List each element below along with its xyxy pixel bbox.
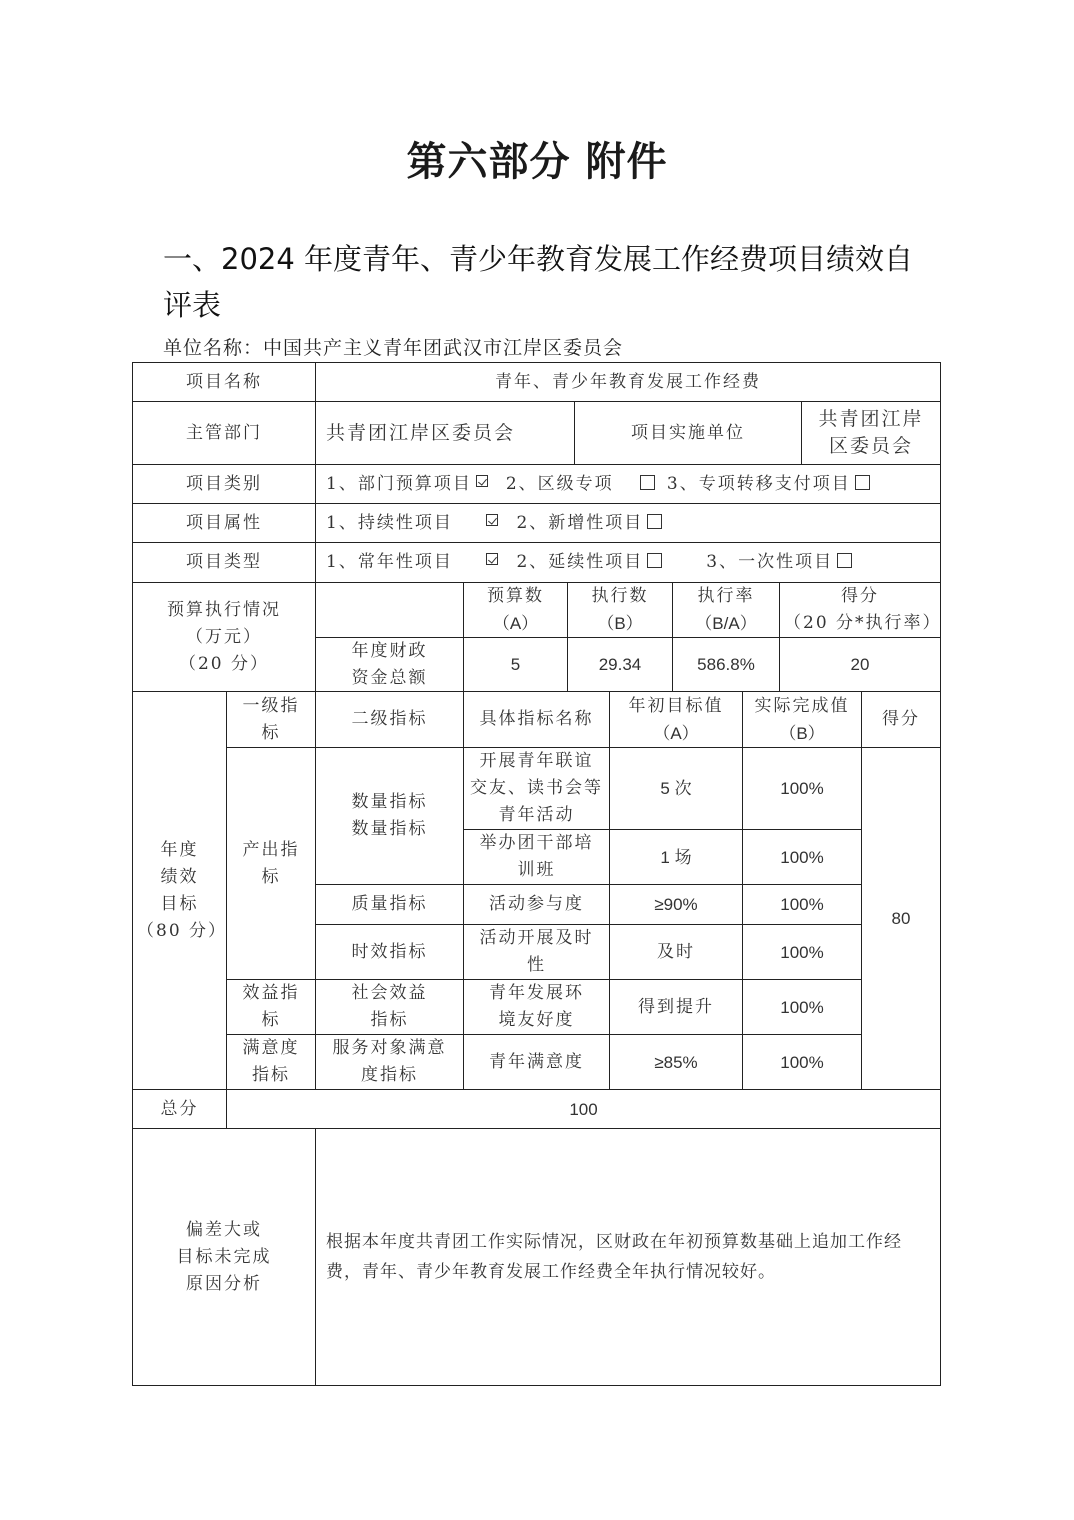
header-target: 年初目标值 （A） [609, 691, 743, 748]
timeliness-indicator-label: 时效指标 [315, 924, 464, 980]
attribute-label: 项目属性 [132, 503, 316, 543]
header-actual: 实际完成值 （B） [742, 691, 862, 748]
budget-header-b: 执行数 （B） [567, 582, 673, 638]
dept-label: 主管部门 [132, 401, 316, 465]
budget-section-label: 预算执行情况 （万元） （20 分） [132, 582, 316, 692]
service-satisfaction-label: 服务对象满意 度指标 [315, 1034, 464, 1090]
budget-header-rate: 执行率 （B/A） [672, 582, 780, 638]
header-score: 得分 [861, 691, 941, 748]
performance-table: 项目名称 青年、青少年教育发展工作经费 主管部门 共青团江岸区委员会 项目实施单… [133, 363, 941, 1386]
checkbox-unchecked-icon[interactable] [855, 475, 870, 490]
indicator-target: 得到提升 [609, 979, 743, 1035]
checkbox-unchecked-icon[interactable] [647, 553, 662, 568]
quantity-indicator-label: 数量指标 数量指标 [315, 747, 464, 885]
social-benefit-label: 社会效益 指标 [315, 979, 464, 1035]
checkbox-unchecked-icon[interactable] [647, 514, 662, 529]
indicator-target: ≥90% [609, 884, 743, 925]
project-name-label: 项目名称 [132, 362, 316, 402]
project-name-value: 青年、青少年教育发展工作经费 [315, 362, 941, 402]
category-label: 项目类别 [132, 464, 316, 504]
indicator-actual: 100% [742, 979, 862, 1035]
perf-section-label: 年度 绩效 目标 （80 分） [132, 691, 227, 1090]
attribute-option-2[interactable]: 2、新增性项目 [516, 510, 666, 537]
category-option-1[interactable]: 1、部门预算项目 [326, 471, 492, 498]
type-label: 项目类型 [132, 542, 316, 583]
total-value: 100 [226, 1089, 941, 1129]
perf-score-value: 80 [861, 747, 941, 1090]
header-level1: 一级指 标 [226, 691, 316, 748]
indicator-target: 及时 [609, 924, 743, 980]
category-option-2[interactable]: 2、区级专项 [506, 471, 659, 498]
budget-header-blank [315, 582, 464, 638]
checkbox-checked-icon[interactable] [486, 553, 498, 565]
type-options: 1、常年性项目 2、延续性项目 3、一次性项目 [315, 542, 941, 583]
benefit-indicator-label: 效益指 标 [226, 979, 316, 1035]
header-indicator-name: 具体指标名称 [463, 691, 610, 748]
exec-rate-value: 586.8% [672, 637, 780, 692]
checkbox-checked-icon[interactable] [486, 514, 498, 526]
indicator-actual: 100% [742, 924, 862, 980]
budget-score-value: 20 [779, 637, 941, 692]
analysis-text: 根据本年度共青团工作实际情况，区财政在年初预算数基础上追加工作经费，青年、青少年… [315, 1128, 941, 1386]
page-title: 第六部分 附件 [0, 130, 1074, 187]
satisfaction-indicator-label: 满意度 指标 [226, 1034, 316, 1090]
attribute-option-1[interactable]: 1、持续性项目 [326, 510, 502, 537]
indicator-actual: 100% [742, 747, 862, 830]
impl-unit-label: 项目实施单位 [574, 401, 802, 465]
budget-header-score: 得分 （20 分*执行率） [779, 582, 941, 638]
quality-indicator-label: 质量指标 [315, 884, 464, 925]
budget-row-label: 年度财政 资金总额 [315, 637, 464, 692]
table-title: 一、2024 年度青年、青少年教育发展工作经费项目绩效自评表 [163, 236, 933, 328]
header-level2: 二级指标 [315, 691, 464, 748]
indicator-name: 活动参与度 [463, 884, 610, 925]
indicator-actual: 100% [742, 829, 862, 885]
indicator-actual: 100% [742, 1034, 862, 1090]
indicator-target: 5 次 [609, 747, 743, 830]
budget-a-value: 5 [463, 637, 568, 692]
indicator-name: 开展青年联谊 交友、读书会等 青年活动 [463, 747, 610, 830]
indicator-name: 青年发展环 境友好度 [463, 979, 610, 1035]
indicator-target: ≥85% [609, 1034, 743, 1090]
indicator-actual: 100% [742, 884, 862, 925]
category-option-3[interactable]: 3、专项转移支付项目 [667, 471, 874, 498]
analysis-label: 偏差大或 目标未完成 原因分析 [132, 1128, 316, 1386]
impl-unit-value: 共青团江岸区委员会 [801, 401, 941, 465]
indicator-name: 活动开展及时 性 [463, 924, 610, 980]
indicator-target: 1 场 [609, 829, 743, 885]
attribute-options: 1、持续性项目 2、新增性项目 [315, 503, 941, 543]
indicator-name: 青年满意度 [463, 1034, 610, 1090]
dept-value: 共青团江岸区委员会 [315, 401, 575, 465]
type-option-1[interactable]: 1、常年性项目 [326, 549, 502, 576]
unit-name: 单位名称：中国共产主义青年团武汉市江岸区委员会 [163, 333, 623, 360]
checkbox-unchecked-icon[interactable] [837, 553, 852, 568]
type-option-2[interactable]: 2、延续性项目 [516, 549, 666, 576]
checkbox-unchecked-icon[interactable] [640, 475, 655, 490]
category-options: 1、部门预算项目 2、区级专项 3、专项转移支付项目 [315, 464, 941, 504]
exec-b-value: 29.34 [567, 637, 673, 692]
indicator-name: 举办团干部培 训班 [463, 829, 610, 885]
output-indicator-label: 产出指 标 [226, 747, 316, 980]
budget-header-a: 预算数 （A） [463, 582, 568, 638]
checkbox-checked-icon[interactable] [476, 475, 488, 487]
total-label: 总分 [132, 1089, 227, 1129]
type-option-3[interactable]: 3、一次性项目 [706, 549, 856, 576]
